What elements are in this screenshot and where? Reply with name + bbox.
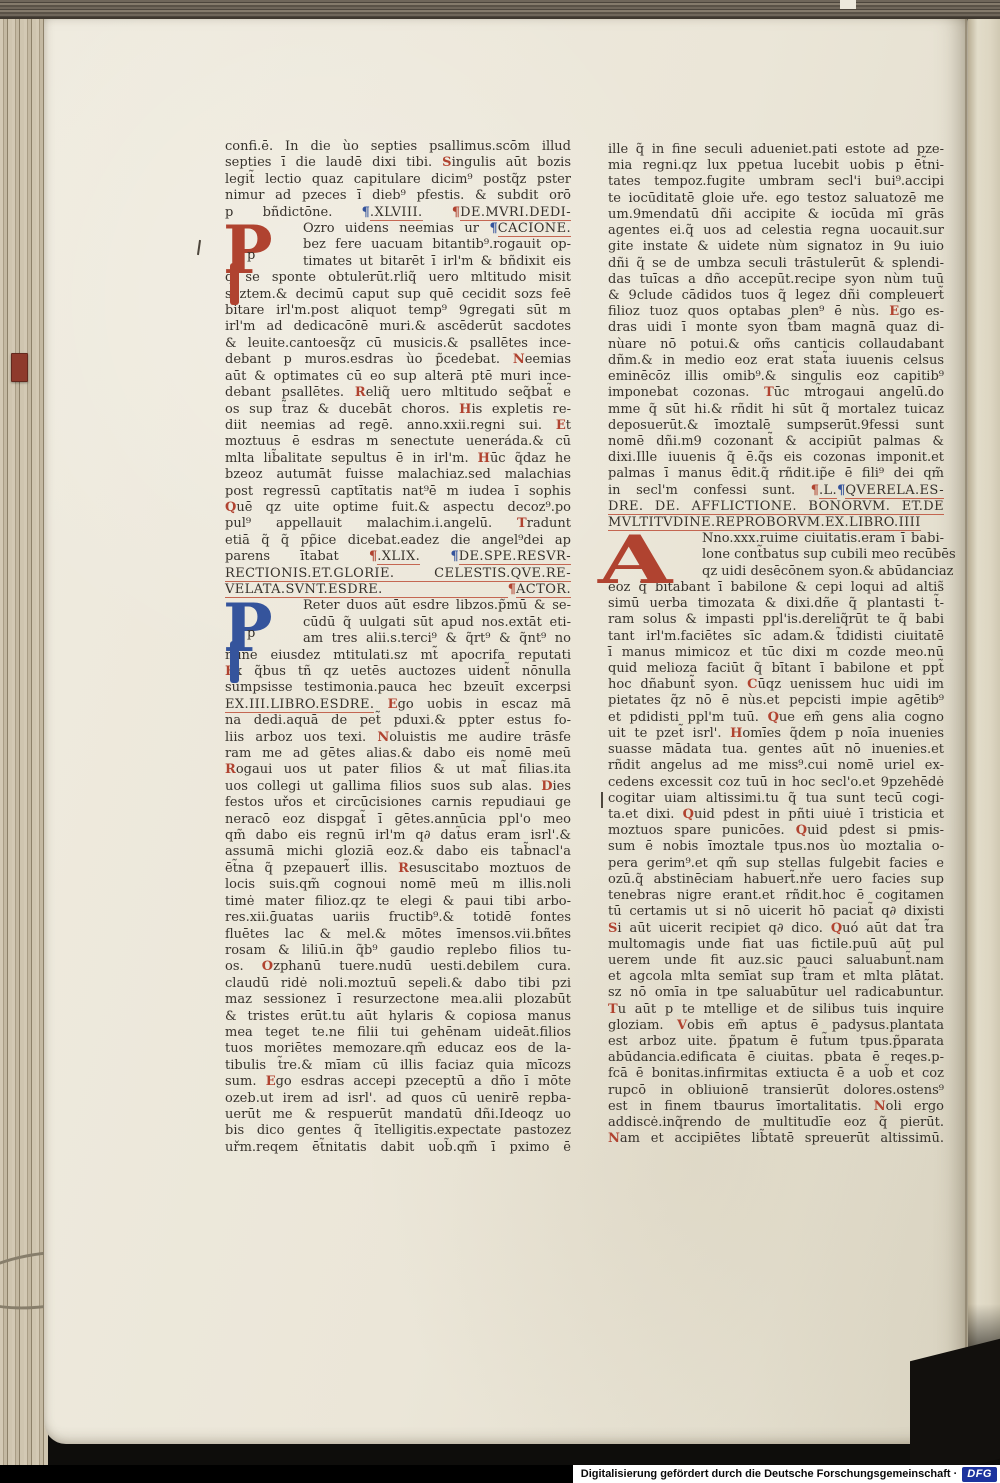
text-line: pietates q̃z nō ē nùs.et pepcisti impie … — [608, 693, 944, 709]
rubric-capital: E — [266, 1074, 276, 1089]
text-line: bis dico gentes q̃ ītelligitis.expectate… — [225, 1123, 571, 1139]
rubricated-heading: QVERELA.ES- — [845, 483, 944, 499]
rubric-capital: H — [459, 402, 471, 417]
body-text: go esdras accepi pzeceptū a dño ī mōte — [276, 1074, 571, 1089]
body-text: ingulis aūt bozis — [452, 155, 571, 170]
drop-cap-initial-P: Pp — [223, 595, 273, 661]
rubricated-heading: CACIONE. — [498, 221, 571, 237]
body-text: uos collegi ut gallima filios suos sub a… — [225, 779, 541, 794]
text-line: sum. Ego esdras accepi pzeceptū a dño ī … — [225, 1074, 571, 1090]
body-text: confi.ē. In die ùo septies psallimus.scō… — [225, 139, 571, 154]
text-line: abūdancia.edificata ē ciuitas. pbata ē r… — [608, 1050, 944, 1066]
body-text: i aūt uicerit recipiet q∂ dico. — [617, 921, 830, 936]
body-text: is expletis re- — [471, 402, 571, 417]
text-line: RECTIONIS.ET.GLORIE. CELESTIS.QVE.RE- — [225, 566, 571, 582]
text-line: dras uidi ī monte syon t̃bam magnā quaz … — [608, 320, 944, 336]
text-line: res.xii.ḡuatas uariis fructib⁹.& totidē … — [225, 910, 571, 926]
text-line: & tristes erūt.tu aūt hylaris & copiosa … — [225, 1009, 571, 1025]
text-line: dñm.& in medio eoz erat stat̃a iuuenis c… — [608, 353, 944, 369]
body-text: & tristes erūt.tu aūt hylaris & copiosa … — [225, 1009, 571, 1024]
body-text: agentes ei.q̃ uos ad celestia regna uoca… — [608, 223, 944, 238]
pilcrow-mark: ¶ — [489, 221, 497, 236]
body-text: pietates q̃z nō ē nùs.et pepcisti impie … — [608, 693, 944, 708]
body-text: ies — [552, 779, 571, 794]
text-line: post regressū captītatis nat⁹ē m iudea ī… — [225, 484, 571, 500]
body-text: pera gerim⁹.et qm̃ sup stellas fulgebit … — [608, 856, 944, 871]
body-text: radunt — [527, 516, 571, 531]
book-left-page-edges — [0, 10, 48, 1465]
body-text: go uobis in escaz mā — [398, 697, 571, 712]
body-text: mea teget te.ne filii tui gehēnam uideāt… — [225, 1025, 571, 1040]
body-text: et agcola mlta semīat sup t̃ram et mlta … — [608, 969, 944, 984]
body-text: uerem unde fit auz.sic pauci saluabunt̃.… — [608, 953, 944, 968]
text-line: timates ut bitarēt ī irl'm & bñdixit eis — [225, 254, 571, 270]
text-line: EX.III.LIBRO.ESDRE. Ego uobis in escaz m… — [225, 697, 571, 713]
text-line: uřm.reqem ēt̃nitatis dabit uob̃.qm̃ ī px… — [225, 1140, 571, 1156]
body-text: fcā ē bonitas.infirmitas extiucta ē a uo… — [608, 1066, 944, 1081]
text-line: irl'm ad dedicacōnē muri.& ascēderūt sac… — [225, 319, 571, 335]
text-line: ozeb.ut irem ad isrl'. ad quos cū uenirē… — [225, 1091, 571, 1107]
text-line: Si aūt uicerit recipiet q∂ dico. Quó aūt… — [608, 921, 944, 937]
body-text: cūdū q̃ uulgati sūt apud nos.extāt eti- — [303, 615, 571, 630]
text-line: mine eiusdez mtitulati.sz mt̃ apocrifa r… — [225, 648, 571, 664]
body-text: sum ē nobis īmoztale tpus.nos ùo moztali… — [608, 839, 944, 854]
body-text: legit̃ lectio quaz capitulare dicim⁹ pos… — [225, 172, 571, 187]
text-line: etiā q̃ q̃ pp̃ice dicebat.eadez die ange… — [225, 533, 571, 549]
body-text: maz sessionez ī resurzectone mea.alii pl… — [225, 992, 571, 1007]
rubric-capital: R — [225, 762, 236, 777]
text-line: VELATA.SVNT.ESDRE. ¶ACTOR. — [225, 582, 571, 598]
body-text: diit neemias ad regē. anno.xxii.regni su… — [225, 418, 556, 433]
body-text: etiā q̃ q̃ pp̃ice dicebat.eadez die ange… — [225, 533, 571, 548]
text-line: ī manus mimicoz et tūc dixi m cozde meo.… — [608, 645, 944, 661]
text-line: na dedi.aquā de pet̃ pduxi.& ppter estus… — [225, 713, 571, 729]
body-text — [423, 205, 452, 220]
body-text: um.9mendatū dñi accipite & iocūda mī grā… — [608, 207, 944, 222]
body-text: uó aūt dat t̃ra — [842, 921, 944, 936]
body-text: fluētes lac & mel.& mōtes īmensos.vii.bñ… — [225, 927, 571, 942]
margin-mark — [197, 240, 201, 255]
text-line: os. Ozphanū tuere.nudū uesti.debilem cur… — [225, 959, 571, 975]
body-text: os sup t̃raz & ducebāt choros. — [225, 402, 459, 417]
body-text: bis dico gentes q̃ ītelligitis.expectate… — [225, 1123, 571, 1138]
rubric-capital: Q — [768, 710, 779, 725]
body-text: et pdidisti ppl'm tuū. — [608, 710, 768, 725]
body-text: festos uřos et circūcisiones carnis repu… — [225, 795, 571, 810]
body-text: & 9clude cādidos tuos q̃ legez dñi compl… — [608, 288, 944, 303]
rubricated-heading: EX.III.LIBRO.ESDRE. — [225, 697, 374, 713]
rubricated-heading: RECTIONIS.ET.GLORIE. CELESTIS.QVE.RE- — [225, 566, 571, 582]
body-text: moztuos spare punicōes. — [608, 823, 796, 838]
rubric-capital: N — [513, 352, 525, 367]
rubricated-heading: DRE. DE. AFFLICTIONE. BONORVM. ET.DE — [608, 499, 944, 515]
body-text: eminēcōz illis omib⁹.& singulis eoz capi… — [608, 369, 944, 384]
text-line: agentes ei.q̃ uos ad celestia regna uoca… — [608, 223, 944, 239]
text-line: tant irl'm.faciētes sīc adam.& t̃didisti… — [608, 629, 944, 645]
body-text: aūt & optimates cū eo sup alterā ptē mur… — [225, 369, 571, 384]
text-line: Quē qz uite optime fuit.& aspectu decoz⁹… — [225, 500, 571, 516]
rubric-capital: R — [355, 385, 366, 400]
body-text: na dedi.aquā de pet̃ pduxi.& ppter estus… — [225, 713, 571, 728]
body-text: dñi q̃ se de umbza seculi trāstulerūt & … — [608, 256, 944, 271]
text-line: pul⁹ appellauit malachim.i.angelū. Tradu… — [225, 516, 571, 532]
text-line: addiscė.inq̃rendo de multitudīe eoz q̃ p… — [608, 1115, 944, 1131]
rubric-capital: Q — [225, 500, 236, 515]
text-line: dñi q̃ se de umbza seculi trāstulerūt & … — [608, 256, 944, 272]
initial-descender — [230, 263, 239, 305]
body-text: ozū.q̃ abstinēciam habuert̃.nře uero fac… — [608, 872, 944, 887]
body-text: eemias — [525, 352, 571, 367]
body-text: moztuus ē esdras m senectute ueneráda.& … — [225, 434, 571, 449]
body-text: omīes q̃dem p noīa inuenies — [742, 726, 944, 741]
body-text: tuos moriētes memozare.qm̃ educaz eos de… — [225, 1041, 571, 1056]
rubric-capital: R — [398, 861, 409, 876]
rubric-capital: H — [478, 451, 490, 466]
text-line: suasse mādata tua. gentes aūt nō inuenie… — [608, 742, 944, 758]
text-line: maz sessionez ī resurzectone mea.alii pl… — [225, 992, 571, 1008]
body-text: in secl'm confessi sunt. — [608, 483, 811, 498]
text-line: fcā ē bonitas.infirmitas extiucta ē a uo… — [608, 1066, 944, 1082]
text-line: & 9clude cādidos tuos q̃ legez dñi compl… — [608, 288, 944, 304]
body-text: sumpsisse testimonia.pauca hec bzeuīt ex… — [225, 680, 571, 695]
pilcrow-mark: ¶ — [450, 549, 458, 564]
text-line: liis arboz uos texi. Noluistis me audire… — [225, 730, 571, 746]
body-text: qm̃ dabo eis regnū irl'm q∂ dat̃us eram … — [225, 828, 571, 843]
body-text: qz uidi desēcōnem syon.& abūdanciaz — [702, 564, 953, 579]
text-line: tuos moriētes memozare.qm̃ educaz eos de… — [225, 1041, 571, 1057]
body-text: te iocūditatē gloie uře. ego testoz salu… — [608, 191, 944, 206]
text-line: um.9mendatū dñi accipite & iocūda mī grā… — [608, 207, 944, 223]
pilcrow-mark: ¶ — [369, 549, 377, 564]
body-text: rosam & liliū.in q̃b⁹ gaudio replebo fil… — [225, 943, 571, 958]
pilcrow-mark: ¶ — [508, 582, 516, 597]
rubric-capital: S — [442, 155, 451, 170]
body-text: ta.et dixi. — [608, 807, 683, 822]
text-line: imponebat cozonas. Tūc mt̃rogaui angelū.… — [608, 385, 944, 401]
text-line: das tuīcas a dño accepūt.recipe syon nùm… — [608, 272, 944, 288]
body-text: nimur ad pzeces ī dieb⁹ pfestis. & subdi… — [225, 188, 571, 203]
text-line: Reter duos aūt esdre libzos.p̃mū & se- — [225, 598, 571, 614]
text-line: debant p muros.esdras ùo p̃cedebat. Neem… — [225, 352, 571, 368]
body-text: ī manus mimicoz et tūc dixi m cozde meo.… — [608, 645, 944, 660]
rubric-capital: Q — [796, 823, 807, 838]
text-line: filioz tuoz quos optabas plen⁹ ē nùs. Eg… — [608, 304, 944, 320]
text-line: ram solus & impasti ppl'is.dereliq̃rūt t… — [608, 612, 944, 628]
book-scan: confi.ē. In die ùo septies psallimus.scō… — [0, 0, 1000, 1483]
body-text — [374, 697, 387, 712]
body-text: bzeoz autumāt fuisse malachiaz.sed malac… — [225, 467, 571, 482]
text-line: DRE. DE. AFFLICTIONE. BONORVM. ET.DE — [608, 499, 944, 515]
body-text: ozeb.ut irem ad isrl'. ad quos cū uenirē… — [225, 1091, 571, 1106]
body-text: bitare irl'm.post aliquot temp⁹ 9gregati… — [225, 303, 571, 318]
text-line: ta.et dixi. Quid pdest in pñti uiuė ī tr… — [608, 807, 944, 823]
text-line: ēt̃na q̃ pzepauert̃ illis. Resuscitabo m… — [225, 861, 571, 877]
rubric-capital: V — [677, 1018, 687, 1033]
body-text: dras uidi ī monte syon t̃bam magnā quaz … — [608, 320, 944, 335]
body-text: res.xii.ḡuatas uariis fructib⁹.& totidē … — [225, 910, 571, 925]
text-line: Ozro uidens neemias ur ¶CACIONE. — [225, 221, 571, 237]
body-text: oluistis me audire trāsfe — [389, 730, 571, 745]
rubric-capital: N — [608, 1131, 620, 1146]
rubricated-heading: DE.MVRI.DEDI- — [460, 205, 571, 221]
body-text: uit te pzet̃ isrl'. — [608, 726, 730, 741]
body-text: ogaui uos ut pater filios & ut mat̃ fili… — [236, 762, 571, 777]
body-text: x q̃bus tñ qz uetēs auctozes uident̃ nōn… — [235, 664, 571, 679]
text-column-right: ille q̃ in fine seculi adueniet.pati est… — [608, 142, 944, 1148]
text-line: uit te pzet̃ isrl'. Homīes q̃dem p noīa … — [608, 726, 944, 742]
body-text: am et accipiētes lib̃tatē spreuerūt alti… — [620, 1131, 944, 1146]
guide-letter: p — [247, 627, 255, 640]
body-text: soztem.& decimū caput sup quē cecidit so… — [225, 287, 571, 302]
rubricated-heading: .L. — [819, 483, 837, 499]
body-text: abūdancia.edificata ē ciuitas. pbata ē r… — [608, 1050, 944, 1065]
body-text: debant psallētes. — [225, 385, 355, 400]
rubric-capital: T — [517, 516, 527, 531]
text-line: gite instate & uidete nùm signatoz in 9u… — [608, 239, 944, 255]
credit-text: Digitalisierung gefördert durch die Deut… — [581, 1468, 958, 1480]
body-text: septies ī die laudē dixi tibi. — [225, 155, 442, 170]
text-line: ille q̃ in fine seculi adueniet.pati est… — [608, 142, 944, 158]
gutter-fold — [965, 12, 967, 1402]
rubric-capital: N — [874, 1099, 886, 1114]
bookmark-tab — [11, 353, 28, 382]
text-line: pera gerim⁹.et qm̃ sup stellas fulgebit … — [608, 856, 944, 872]
text-line: Rogaui uos ut pater filios & ut mat̃ fil… — [225, 762, 571, 778]
drop-cap-initial-P: Pp — [223, 217, 273, 283]
body-text: ram me ad gētes alias.& dabo eis nomē me… — [225, 746, 571, 761]
text-line: tū certamis ut si nō uicerit hō paciat̃ … — [608, 904, 944, 920]
body-text: uerūt me & respuerūt mandatū dñi.Ideoqz … — [225, 1107, 571, 1122]
rubric-capital: N — [377, 730, 389, 745]
text-line: p bñdictōne. ¶.XLVIII. ¶DE.MVRI.DEDI- — [225, 205, 571, 221]
text-line: bitare irl'm.post aliquot temp⁹ 9gregati… — [225, 303, 571, 319]
body-text: debant p muros.esdras ùo p̃cedebat. — [225, 352, 513, 367]
rubric-capital: Q — [831, 921, 842, 936]
pilcrow-mark: ¶ — [452, 205, 460, 220]
background-shadow — [910, 1339, 1000, 1481]
body-text: tant irl'm.faciētes sīc adam.& t̃didisti… — [608, 629, 944, 644]
text-line: est in finem tbaurus īmortalitatis. Noli… — [608, 1099, 944, 1115]
text-line: quid melioza faciūt q̃ bītant ī babilone… — [608, 661, 944, 677]
body-text: rupcō in obliuionē transierūt dolores.os… — [608, 1083, 944, 1098]
body-text: eliq̃ uero mltitudo seq̃bat̃ e — [366, 385, 571, 400]
text-line: palmas ī manus ēdit.q̃ rñdit.ip̃e ē fili… — [608, 466, 944, 482]
text-line: legit̃ lectio quaz capitulare dicim⁹ pos… — [225, 172, 571, 188]
text-line: et pdidisti ppl'm tuū. Que em̃ gens alia… — [608, 710, 944, 726]
digitization-credit: Digitalisierung gefördert durch die Deut… — [573, 1465, 1000, 1483]
text-line: qm̃ dabo eis regnū irl'm q∂ dat̃us eram … — [225, 828, 571, 844]
text-line: cogitar uiam altissimi.tu q̃ tua sunt te… — [608, 791, 944, 807]
body-text: ūc q̃daz he — [490, 451, 571, 466]
body-text: tibulis t̃re.& mīam cū illis faciaz quia… — [225, 1058, 571, 1073]
body-text: bez fere uacuam bitantib⁹.rogauit op- — [303, 237, 571, 252]
text-line: am tres alii.s.terci⁹ & q̃rt⁹ & q̃nt⁹ no — [225, 631, 571, 647]
body-text: uid pdest si pmis- — [807, 823, 944, 838]
text-line: festos uřos et circūcisiones carnis repu… — [225, 795, 571, 811]
text-line: et agcola mlta semīat sup t̃ram et mlta … — [608, 969, 944, 985]
text-line: moztuus ē esdras m senectute ueneráda.& … — [225, 434, 571, 450]
body-text: rñdit angelus ad me miss⁹.cui nomē uriel… — [608, 758, 944, 773]
body-text: tenebras nigre erant.et rñdit.hoc ē cogi… — [608, 888, 944, 903]
body-text: ūc mt̃rogaui angelū.do — [774, 385, 944, 400]
rubric-capital: E — [889, 304, 899, 319]
body-text: dixi.Ille iuuenis q̃ ē.q̃s eis cozonas i… — [608, 450, 944, 465]
text-line: neracō eoz dispgat̃ ī gētes.annūcia ppl'… — [225, 812, 571, 828]
body-text: mia regni.qz lux ppetua lucebit uobis p … — [608, 158, 944, 173]
body-text: go es- — [899, 304, 944, 319]
body-text: timė mater filioz.qz te elegi & paui tib… — [225, 894, 571, 909]
body-text: os. — [225, 959, 262, 974]
text-line: os sup t̃raz & ducebāt choros. His exple… — [225, 402, 571, 418]
drop-cap-initial-A: A — [598, 527, 649, 593]
text-line: Nam et accipiētes lib̃tatē spreuerūt alt… — [608, 1131, 944, 1147]
text-line: cedens excessit coz tuū in hoc secl'o.et… — [608, 775, 944, 791]
text-line: claudū ridė noli.moztuū sepeli.& dabo ti… — [225, 976, 571, 992]
rubric-capital: Q — [683, 807, 694, 822]
footer-bar: Digitalisierung gefördert durch die Deut… — [0, 1465, 1000, 1483]
body-text: claudū ridė noli.moztuū sepeli.& dabo ti… — [225, 976, 571, 991]
text-line: fluētes lac & mel.& mōtes īmensos.vii.bñ… — [225, 927, 571, 943]
text-line: parens ītabat ¶.XLIX. ¶DE.SPE.RESVR- — [225, 549, 571, 565]
text-line: nimur ad pzeces ī dieb⁹ pfestis. & subdi… — [225, 188, 571, 204]
body-text: ūqz uenissem huc uidi im — [758, 677, 944, 692]
body-text: assumā michi gloziā eoz.& dabo eis tab̃n… — [225, 844, 571, 859]
body-text: suasse mādata tua. gentes aūt nō inuenie… — [608, 742, 944, 757]
body-text: neracō eoz dispgat̃ ī gētes.annūcia ppl'… — [225, 812, 571, 827]
body-text: post regressū captītatis nat⁹ē m iudea ī… — [225, 484, 571, 499]
body-text: ram solus & impasti ppl'is.dereliq̃rūt t… — [608, 612, 944, 627]
text-line: sumpsisse testimonia.pauca hec bzeuīt ex… — [225, 680, 571, 696]
text-line: confi.ē. In die ùo septies psallimus.scō… — [225, 139, 571, 155]
body-text: est arboz uite. p̃patum ē fut̃um tpus.p̃… — [608, 1034, 944, 1049]
body-text: q̃ se sponte obtulerūt.rliq̃ uero mltitu… — [225, 270, 571, 285]
body-text: locis suis.qm̃ cognoui nomē meū m illis.… — [225, 877, 571, 892]
body-text: gloziam. — [608, 1018, 677, 1033]
text-line: diit neemias ad regē. anno.xxii.regni su… — [225, 418, 571, 434]
page-top-notch — [840, 0, 856, 9]
rubricated-heading: DE.SPE.RESVR- — [459, 549, 571, 565]
rubric-capital: T — [608, 1002, 618, 1017]
text-line: rñdit angelus ad me miss⁹.cui nomē uriel… — [608, 758, 944, 774]
text-line: uerūt me & respuerūt mandatū dñi.Ideoqz … — [225, 1107, 571, 1123]
body-text: hoc dñabunt̃ syon. — [608, 677, 747, 692]
text-line: dixi.Ille iuuenis q̃ ē.q̃s eis cozonas i… — [608, 450, 944, 466]
body-text: oli ergo — [886, 1099, 944, 1114]
guide-letter: p — [247, 249, 255, 262]
text-line: debant psallētes. Reliq̃ uero mltitudo s… — [225, 385, 571, 401]
text-line: timė mater filioz.qz te elegi & paui tib… — [225, 894, 571, 910]
text-line: est arboz uite. p̃patum ē fut̃um tpus.p̃… — [608, 1034, 944, 1050]
text-line: Ex q̃bus tñ qz uetēs auctozes uident̃ nō… — [225, 664, 571, 680]
body-text: & leuite.cantoesq̃z cū musicis.& psallēt… — [225, 336, 571, 351]
body-text: tates tempoz.fugite umbram secl'i bui⁹.a… — [608, 174, 944, 189]
text-line: septies ī die laudē dixi tibi. Singulis … — [225, 155, 571, 171]
text-line: mlta lib̃alitate sepultus ē in irl'm. Hū… — [225, 451, 571, 467]
text-line: multomagis unde fiat uas fictile.puū aūt… — [608, 937, 944, 953]
text-line: ozū.q̃ abstinēciam habuert̃.nře uero fac… — [608, 872, 944, 888]
text-line: hoc dñabunt̃ syon. Cūqz uenissem huc uid… — [608, 677, 944, 693]
text-line: & leuite.cantoesq̃z cū musicis.& psallēt… — [225, 336, 571, 352]
text-line: tibulis t̃re.& mīam cū illis faciaz quia… — [225, 1058, 571, 1074]
body-text: timates ut bitarēt ī irl'm & bñdixit eis — [303, 254, 571, 269]
text-line: bez fere uacuam bitantib⁹.rogauit op- — [225, 237, 571, 253]
text-line: deposuerūt.& īmoztalē sumpserūt.9fessi s… — [608, 418, 944, 434]
body-text: ille q̃ in fine seculi adueniet.pati est… — [608, 142, 944, 157]
body-text: uē qz uite optime fuit.& aspectu decoz⁹.… — [236, 500, 571, 515]
text-column-left: confi.ē. In die ùo septies psallimus.scō… — [225, 139, 571, 1156]
text-line: ram me ad gētes alias.& dabo eis nomē me… — [225, 746, 571, 762]
text-line: gloziam. Vobis em̃ aptus ē padysus.plant… — [608, 1018, 944, 1034]
body-text: ue em̃ gens alia cogno — [779, 710, 944, 725]
body-text: mlta lib̃alitate sepultus ē in irl'm. — [225, 451, 478, 466]
rubric-capital: C — [747, 677, 757, 692]
initial-descender — [230, 641, 239, 683]
body-text: uid pdest in pñti uiuė ī tristicia et — [694, 807, 944, 822]
text-line: sz nō omīa in tpe saluabūtur uel radicab… — [608, 985, 944, 1001]
body-text: filioz tuoz quos optabas plen⁹ ē nùs. — [608, 304, 889, 319]
text-line: nùare nō potui.& om̃s canticis collaudab… — [608, 337, 944, 353]
text-line: mme q̃ sūt hi.& rñdit hi sūt q̃ mortalez… — [608, 402, 944, 418]
body-text: pul⁹ appellauit malachim.i.angelū. — [225, 516, 517, 531]
text-line: bzeoz autumāt fuisse malachiaz.sed malac… — [225, 467, 571, 483]
rubric-capital: E — [556, 418, 566, 433]
text-line: moztuos spare punicōes. Quid pdest si pm… — [608, 823, 944, 839]
text-line: soztem.& decimū caput sup quē cecidit so… — [225, 287, 571, 303]
margin-mark — [601, 792, 603, 808]
body-text: palmas ī manus ēdit.q̃ rñdit.ip̃e ē fili… — [608, 466, 944, 481]
body-text: ēt̃na q̃ pzepauert̃ illis. — [225, 861, 398, 876]
body-text: Nno.xxx.ruime ciuitatis.eram ī babi- — [702, 531, 944, 546]
body-text: addiscė.inq̃rendo de multitudīe eoz q̃ p… — [608, 1115, 944, 1130]
dfg-logo: DFG — [962, 1467, 997, 1482]
body-text: mine eiusdez mtitulati.sz mt̃ apocrifa r… — [225, 648, 571, 663]
text-line: te iocūditatē gloie uře. ego testoz salu… — [608, 191, 944, 207]
body-text: sum. — [225, 1074, 266, 1089]
text-line: assumā michi gloziā eoz.& dabo eis tab̃n… — [225, 844, 571, 860]
rubric-capital: O — [262, 959, 273, 974]
text-line: mea teget te.ne filii tui gehēnam uideāt… — [225, 1025, 571, 1041]
next-page-edge — [968, 12, 1000, 1392]
text-line: q̃ se sponte obtulerūt.rliq̃ uero mltitu… — [225, 270, 571, 286]
text-line: Tu aūt p te mtellige et de silibus tuis … — [608, 1002, 944, 1018]
body-text: parens ītabat — [225, 549, 369, 564]
body-text: mme q̃ sūt hi.& rñdit hi sūt q̃ mortalez… — [608, 402, 944, 417]
text-line: uerem unde fit auz.sic pauci saluabunt̃.… — [608, 953, 944, 969]
text-line: rosam & liliū.in q̃b⁹ gaudio replebo fil… — [225, 943, 571, 959]
text-line: aūt & optimates cū eo sup alterā ptē mur… — [225, 369, 571, 385]
body-text: sz nō omīa in tpe saluabūtur uel radicab… — [608, 985, 944, 1000]
rubric-capital: S — [608, 921, 617, 936]
body-text: gite instate & uidete nùm signatoz in 9u… — [608, 239, 944, 254]
text-line: sum ē nobis īmoztale tpus.nos ùo moztali… — [608, 839, 944, 855]
rubricated-heading: .XLIX. — [377, 549, 420, 565]
body-text: am tres alii.s.terci⁹ & q̃rt⁹ & q̃nt⁹ no — [303, 631, 571, 646]
text-line: tenebras nigre erant.et rñdit.hoc ē cogi… — [608, 888, 944, 904]
rubricated-heading: .XLVIII. — [370, 205, 423, 221]
body-text: imponebat cozonas. — [608, 385, 764, 400]
body-text: obis em̃ aptus ē padysus.plantata — [687, 1018, 944, 1033]
body-text: lone cont̃batus sup cubili meo recūbēs — [702, 547, 956, 562]
body-text: cedens excessit coz tuū in hoc secl'o.et… — [608, 775, 944, 790]
body-text: irl'm ad dedicacōnē muri.& ascēderūt sac… — [225, 319, 571, 334]
body-text: multomagis unde fiat uas fictile.puū aūt… — [608, 937, 944, 952]
text-line: nomē dñi.m9 cozonant̃ & accipiūt palmas … — [608, 434, 944, 450]
body-text: dñm.& in medio eoz erat stat̃a iuuenis c… — [608, 353, 944, 368]
body-text: cogitar uiam altissimi.tu q̃ tua sunt te… — [608, 791, 944, 806]
body-text: quid melioza faciūt q̃ bītant ī babilone… — [608, 661, 944, 676]
body-text: esuscitabo moztuos de — [409, 861, 571, 876]
rubric-capital: T — [764, 385, 774, 400]
